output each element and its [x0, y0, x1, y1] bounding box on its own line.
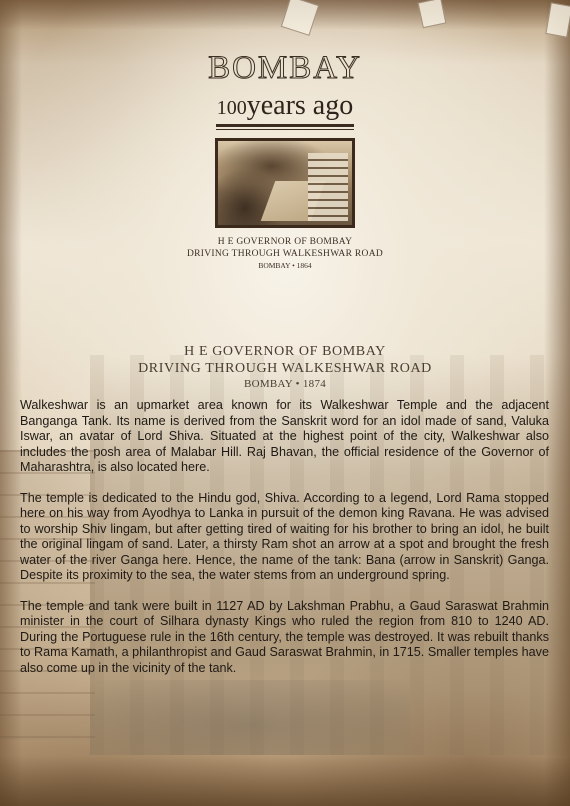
main-caption-line2: DRIVING THROUGH WALKESHWAR ROAD — [0, 360, 570, 377]
thumbnail-caption-line1: H E GOVERNOR OF BOMBAY — [0, 236, 570, 248]
subtitle-words: years ago — [247, 90, 354, 121]
subtitle-number: 100 — [217, 97, 247, 119]
burnt-edge-bottom — [0, 756, 570, 806]
title-underline-thick — [216, 124, 354, 127]
title-underline-thin — [216, 129, 354, 130]
page-subtitle: 100years ago — [0, 92, 570, 120]
thumbnail-caption-line2: DRIVING THROUGH WALKESHWAR ROAD — [0, 248, 570, 260]
paper-tear — [545, 2, 570, 37]
thumbnail-caption: H E GOVERNOR OF BOMBAY DRIVING THROUGH W… — [0, 236, 570, 271]
faded-background-foliage — [90, 680, 410, 755]
page-title: BOMBAY — [0, 52, 570, 85]
paper-tear — [418, 0, 447, 28]
thumbnail-building — [308, 153, 348, 221]
main-caption: H E GOVERNOR OF BOMBAY DRIVING THROUGH W… — [0, 343, 570, 392]
paragraph: The temple and tank were built in 1127 A… — [20, 599, 549, 677]
main-caption-line1: H E GOVERNOR OF BOMBAY — [0, 343, 570, 360]
paragraph: Walkeshwar is an upmarket area known for… — [20, 398, 549, 476]
paragraph: The temple is dedicated to the Hindu god… — [20, 491, 549, 584]
thumbnail-photo — [215, 138, 355, 228]
article-body: Walkeshwar is an upmarket area known for… — [20, 398, 549, 691]
paper-tear — [281, 0, 319, 36]
thumbnail-caption-line3: BOMBAY • 1864 — [0, 260, 570, 271]
main-caption-line3: BOMBAY • 1874 — [0, 377, 570, 392]
burnt-edge-left — [0, 0, 22, 806]
